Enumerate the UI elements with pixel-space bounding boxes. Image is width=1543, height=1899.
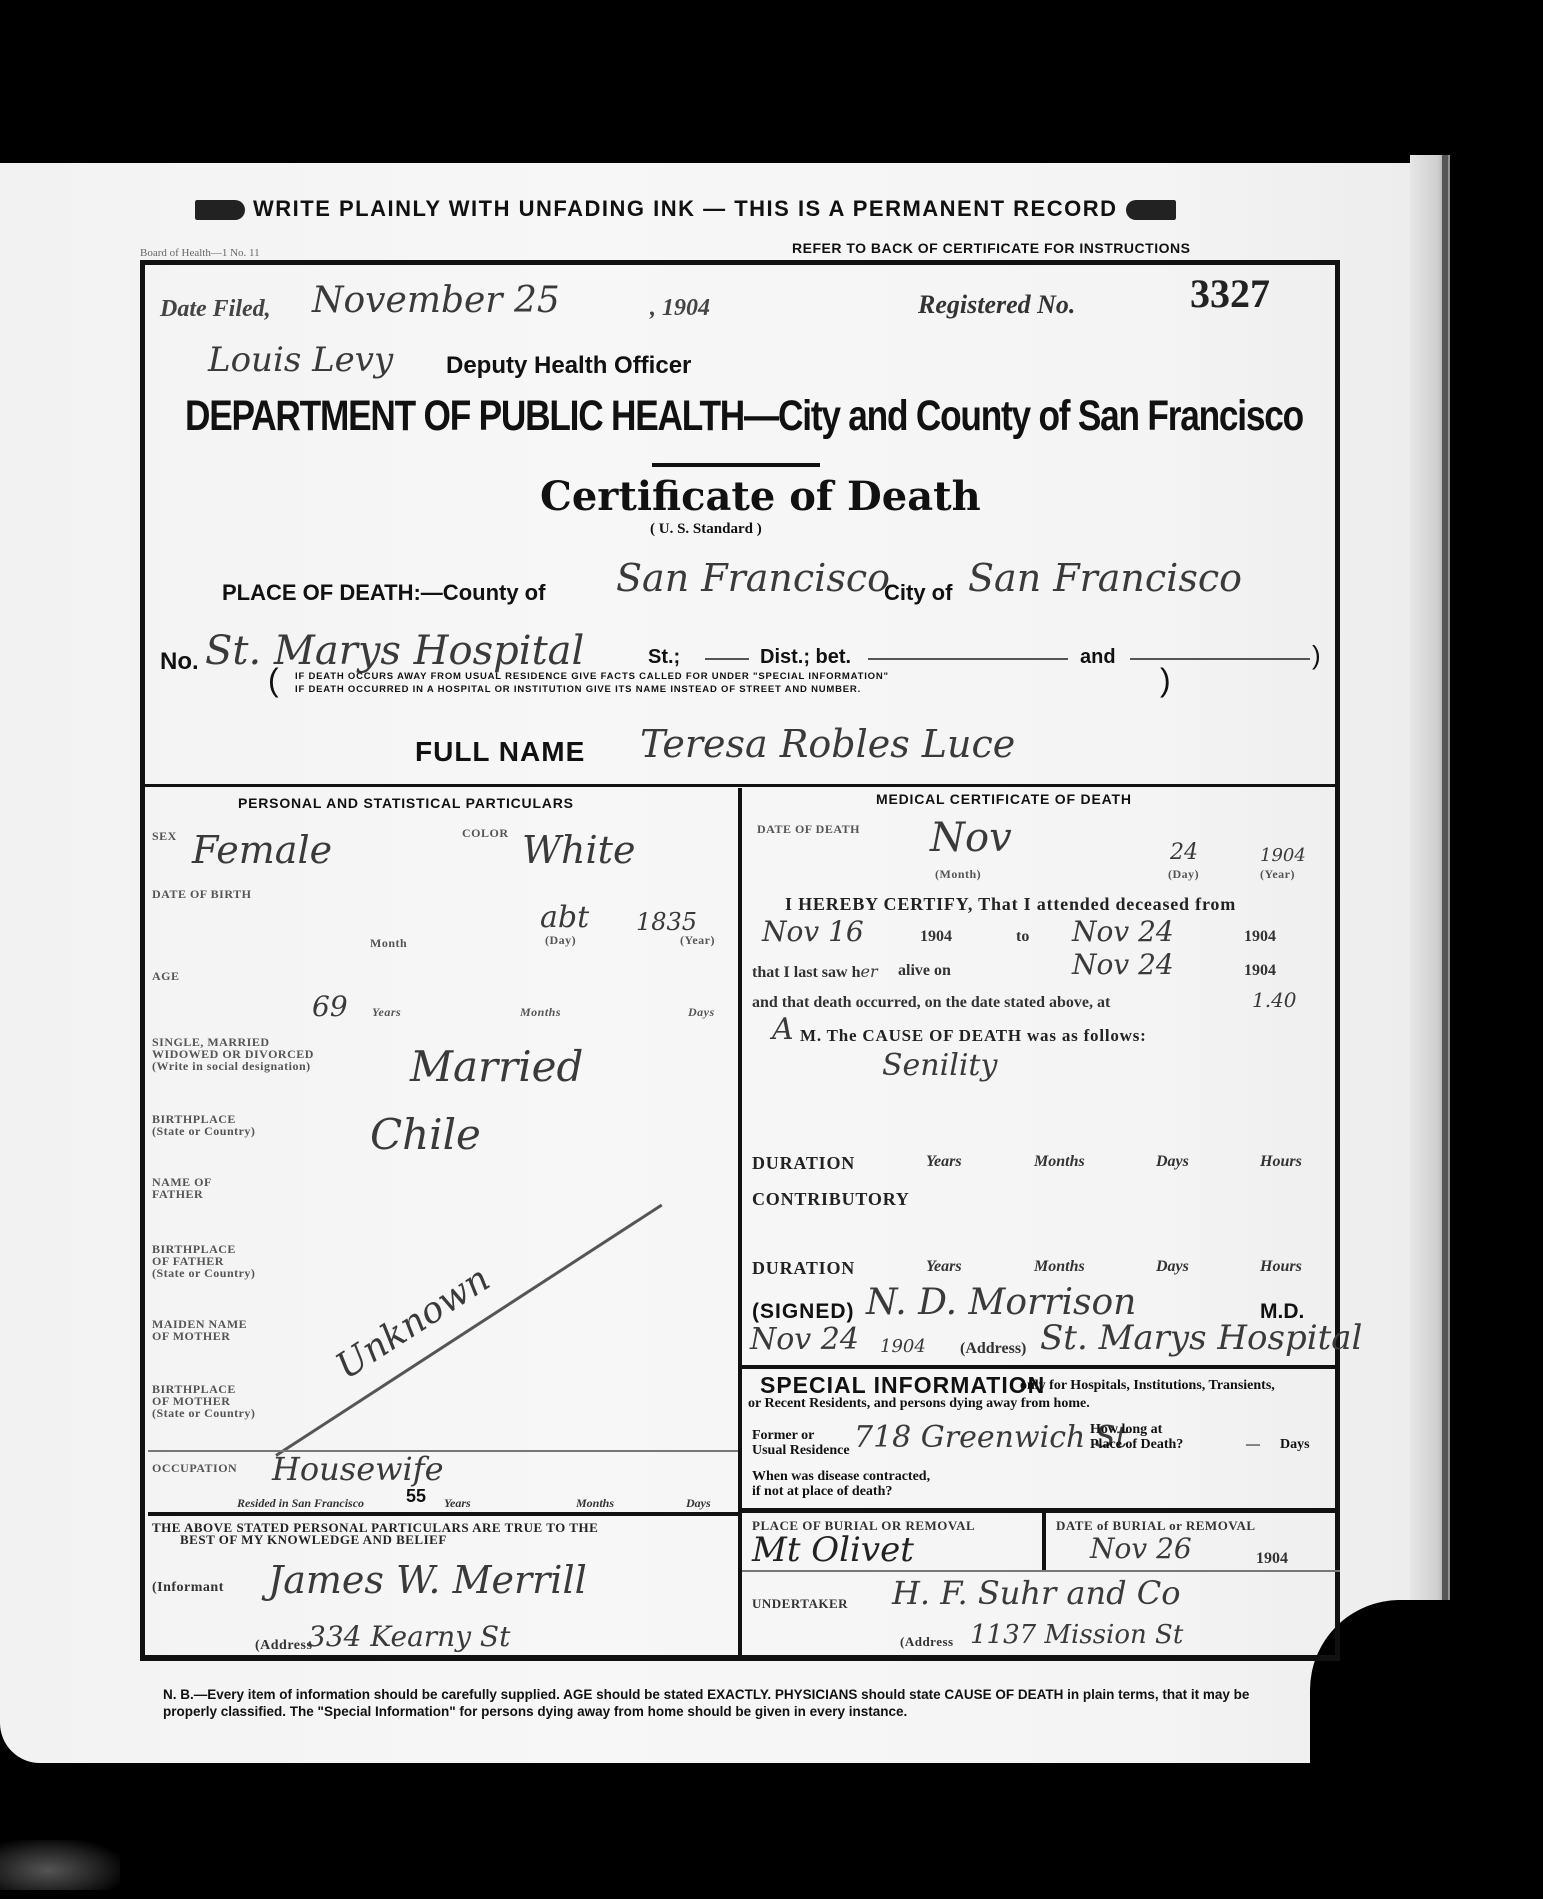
marital-label-3: (Write in social designation) (152, 1060, 314, 1072)
duration-years-1: Years (926, 1153, 962, 1171)
duration-years-2: Years (926, 1258, 962, 1276)
birthplace-label: BIRTHPLACE (State or Country) (152, 1113, 255, 1137)
personal-heading: PERSONAL AND STATISTICAL PARTICULARS (238, 795, 574, 811)
burial-place: Mt Olivet (752, 1530, 914, 1570)
informant-address: 334 Kearny St (308, 1620, 510, 1653)
institution-value: St. Marys Hospital (205, 628, 584, 674)
dob-year-unit: (Year) (680, 934, 715, 946)
residence-label: Former or Usual Residence (752, 1428, 850, 1458)
place-note-line-1: IF DEATH OCCURS AWAY FROM USUAL RESIDENC… (295, 670, 889, 683)
sex-value: Female (192, 828, 332, 872)
open-paren: ( (268, 662, 279, 699)
place-note-line-2: IF DEATH OCCURRED IN A HOSPITAL OR INSTI… (295, 683, 889, 696)
residence-label-1: Former or (752, 1428, 850, 1443)
footnote-text: Every item of information should be care… (163, 1687, 1249, 1719)
informant-divider (148, 1512, 738, 1516)
marital-label: SINGLE, MARRIED WIDOWED OR DIVORCED (Wri… (152, 1036, 314, 1072)
how-long-value: — (1246, 1437, 1260, 1453)
undertaker-label: UNDERTAKER (752, 1598, 848, 1610)
duration-months-1: Months (1034, 1153, 1085, 1171)
undertaker-rule (742, 1570, 1340, 1572)
undertaker-address-label: (Address (900, 1636, 954, 1648)
attended-to-year: 1904 (1244, 928, 1276, 946)
informant-statement-2: BEST OF MY KNOWLEDGE AND BELIEF (152, 1534, 598, 1546)
residence-value: 718 Greenwich St (854, 1420, 1127, 1455)
special-divider (742, 1365, 1340, 1369)
cause-text: M. The CAUSE OF DEATH was as follows: (800, 1026, 1147, 1046)
resided-label: Resided in San Francisco (237, 1496, 364, 1511)
informant-label: (Informant (152, 1582, 224, 1594)
banner-text: WRITE PLAINLY WITH UNFADING INK — THIS I… (253, 196, 1118, 221)
occurred-text: and that death occurred, on the date sta… (752, 994, 1110, 1012)
contracted-label: When was disease contracted, if not at p… (752, 1469, 930, 1499)
last-saw-year: 1904 (1244, 962, 1276, 980)
resided-days-unit: Days (686, 1496, 711, 1511)
date-filed-value: November 25 (312, 280, 560, 321)
top-banner: WRITE PLAINLY WITH UNFADING INK — THIS I… (195, 196, 1176, 222)
dod-year: 1904 (1260, 845, 1306, 866)
mother-birthplace-label: BIRTHPLACE OF MOTHER (State or Country) (152, 1383, 255, 1419)
contracted-label-1: When was disease contracted, (752, 1469, 930, 1484)
physician-signature: N. D. Morrison (866, 1282, 1136, 1323)
department-title: DEPARTMENT OF PUBLIC HEALTH—City and Cou… (185, 392, 1303, 441)
am-pm: A (772, 1012, 794, 1047)
certify-text: I HEREBY CERTIFY, That I attended deceas… (785, 894, 1236, 915)
refer-instructions: REFER TO BACK OF CERTIFICATE FOR INSTRUC… (792, 240, 1190, 256)
last-saw-pronoun: er (860, 962, 877, 981)
footnote: N. B.—Every item of information should b… (163, 1686, 1253, 1720)
place-note: IF DEATH OCCURS AWAY FROM USUAL RESIDENC… (295, 670, 889, 696)
dod-month-unit: (Month) (935, 868, 981, 880)
full-name-value: Teresa Robles Luce (640, 722, 1015, 766)
board-form-number: Board of Health—1 No. 11 (140, 247, 260, 259)
and-label: and (1080, 646, 1116, 669)
officer-signature: Louis Levy (208, 340, 393, 380)
no-label: No. (160, 648, 199, 676)
dist-label: Dist.; bet. (760, 646, 851, 669)
age-years-value: 69 (312, 990, 348, 1023)
attended-from-year: 1904 (920, 928, 952, 946)
color-value: White (522, 828, 635, 872)
signed-year: 1904 (880, 1336, 926, 1357)
dod-year-unit: (Year) (1260, 868, 1295, 880)
signed-date: Nov 24 (750, 1322, 859, 1357)
to-label: to (1016, 928, 1029, 946)
medical-heading: MEDICAL CERTIFICATE OF DEATH (876, 791, 1132, 807)
column-divider (738, 788, 742, 1656)
mother-name-label: MAIDEN NAME OF MOTHER (152, 1318, 247, 1342)
close-paren: ) (1312, 640, 1321, 671)
close-paren-2: ) (1160, 662, 1171, 699)
informant-address-label: (Address (255, 1640, 312, 1652)
special-heading: SPECIAL INFORMATION (760, 1372, 1045, 1399)
and-line (1130, 658, 1310, 660)
how-long-label-2: Place of Death? (1090, 1437, 1183, 1452)
undertaker-value: H. F. Suhr and Co (892, 1574, 1181, 1612)
dob-month-unit: Month (370, 937, 407, 949)
last-saw-date: Nov 24 (1072, 948, 1174, 981)
informant-name: James W. Merrill (268, 1558, 587, 1602)
special-heading-sub-2: or Recent Residents, and persons dying a… (748, 1396, 1090, 1412)
dod-day: 24 (1170, 840, 1198, 865)
certificate-standard: ( U. S. Standard ) (650, 521, 762, 538)
how-long-days: Days (1280, 1437, 1310, 1453)
scan-smudge (0, 1840, 120, 1890)
father-bp-label-3: (State or Country) (152, 1267, 255, 1279)
page-edge-shadow (1442, 155, 1448, 1715)
marital-value: Married (410, 1042, 583, 1091)
duration-label-1: DURATION (752, 1153, 855, 1174)
cause-value: Senility (882, 1048, 997, 1083)
resided-years-unit: Years (444, 1496, 471, 1511)
age-years-unit: Years (372, 1006, 401, 1018)
dob-day-value: abt (540, 900, 589, 935)
registered-no-label: Registered No. (918, 290, 1075, 320)
city-label: City of (884, 580, 952, 606)
informant-statement: THE ABOVE STATED PERSONAL PARTICULARS AR… (152, 1522, 598, 1546)
burial-year: 1904 (1256, 1550, 1288, 1568)
date-filed-year: , 1904 (650, 295, 710, 322)
burial-date-label: DATE of BURIAL or REMOVAL (1056, 1520, 1256, 1532)
sex-label: SEX (152, 830, 177, 842)
burial-divider (742, 1508, 1340, 1513)
birthplace-value: Chile (370, 1110, 481, 1159)
duration-days-2: Days (1156, 1258, 1189, 1276)
occupation-label: OCCUPATION (152, 1462, 237, 1474)
how-long-label-1: How long at (1090, 1422, 1183, 1437)
color-label: COLOR (462, 827, 509, 839)
attended-to: Nov 24 (1072, 915, 1174, 948)
burial-column-divider (1042, 1512, 1046, 1570)
father-label-2: FATHER (152, 1188, 212, 1200)
st-label: St.; (648, 646, 680, 669)
duration-hours-2: Hours (1260, 1258, 1302, 1276)
county-value: San Francisco (616, 556, 890, 600)
last-saw-text: that I last saw h (752, 964, 860, 981)
contracted-label-2: if not at place of death? (752, 1484, 930, 1499)
birthplace-label-2: (State or Country) (152, 1125, 255, 1137)
place-of-death-label: PLACE OF DEATH:—County of (222, 580, 545, 606)
attended-from: Nov 16 (762, 915, 864, 948)
date-filed-label: Date Filed, (160, 296, 271, 323)
occupation-value: Housewife (272, 1450, 444, 1488)
mother-label-2: OF MOTHER (152, 1330, 247, 1342)
officer-title: Deputy Health Officer (446, 352, 691, 380)
duration-months-2: Months (1034, 1258, 1085, 1276)
full-name-label: FULL NAME (415, 736, 585, 768)
dob-label: DATE OF BIRTH (152, 888, 251, 900)
duration-days-1: Days (1156, 1153, 1189, 1171)
age-months-unit: Months (520, 1006, 561, 1018)
dod-label: DATE OF DEATH (757, 823, 860, 835)
alive-on-label: alive on (898, 962, 951, 980)
title-rule (652, 463, 820, 467)
st-dash (705, 658, 749, 660)
duration-label-2: DURATION (752, 1258, 855, 1279)
city-value: San Francisco (968, 556, 1242, 600)
special-heading-sub-1: only for Hospitals, Institutions, Transi… (1020, 1378, 1275, 1394)
dob-year-value: 1835 (636, 908, 697, 936)
dob-day-unit: (Day) (545, 934, 576, 946)
registered-no: 3327 (1190, 270, 1270, 317)
signed-label: (SIGNED) (752, 1300, 855, 1324)
resided-months-unit: Months (576, 1496, 614, 1511)
last-saw-label: that I last saw her (752, 962, 878, 982)
father-name-label: NAME OF FATHER (152, 1176, 212, 1200)
section-divider (145, 784, 1340, 787)
undertaker-address: 1137 Mission St (970, 1620, 1183, 1650)
duration-hours-1: Hours (1260, 1153, 1302, 1171)
certificate-title: Certificate of Death (540, 473, 981, 520)
resided-years-value: 55 (406, 1486, 426, 1507)
dod-day-unit: (Day) (1168, 868, 1199, 880)
death-time: 1.40 (1252, 988, 1297, 1012)
mother-bp-label-3: (State or Country) (152, 1407, 255, 1419)
physician-address: St. Marys Hospital (1040, 1318, 1362, 1358)
age-days-unit: Days (688, 1006, 715, 1018)
footnote-label: N. B.— (163, 1687, 207, 1702)
father-birthplace-label: BIRTHPLACE OF FATHER (State or Country) (152, 1243, 255, 1279)
burial-date: Nov 26 (1090, 1532, 1192, 1565)
how-long-label: How long at Place of Death? (1090, 1422, 1183, 1452)
pointing-hand-right-icon (195, 200, 245, 220)
dod-month: Nov (930, 815, 1012, 861)
residence-label-2: Usual Residence (752, 1443, 850, 1458)
age-label: AGE (152, 970, 180, 982)
pointing-hand-left-icon (1126, 200, 1176, 220)
contributory-label: CONTRIBUTORY (752, 1189, 910, 1210)
physician-address-label: (Address) (960, 1340, 1026, 1358)
dist-line (868, 658, 1068, 660)
